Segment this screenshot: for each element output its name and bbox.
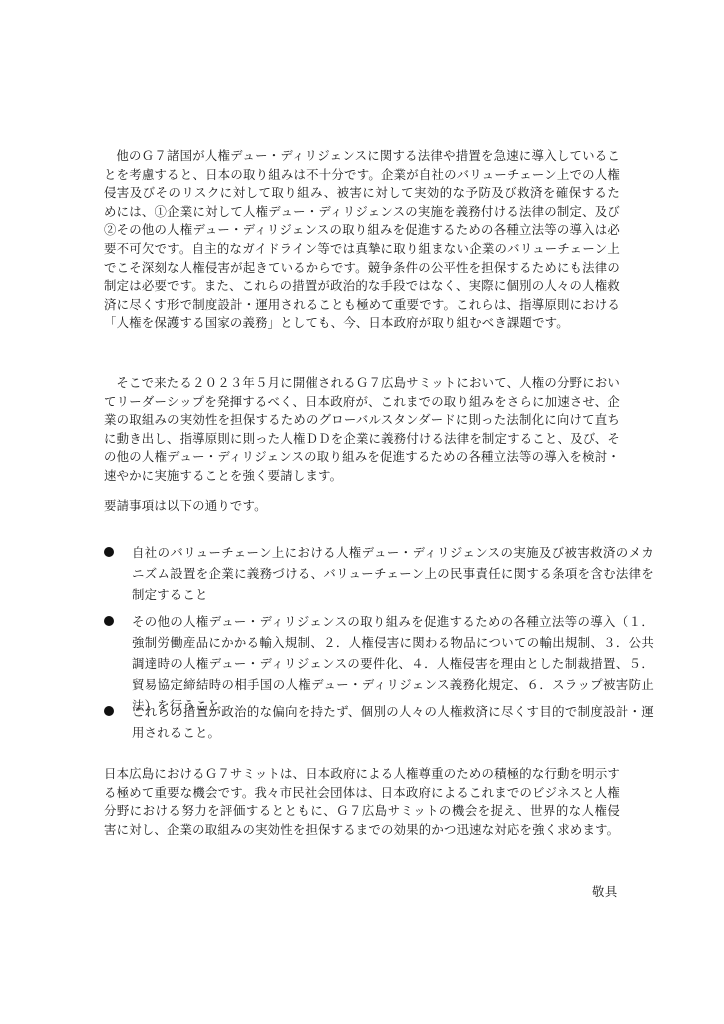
paragraph-hiroshima-summit-request: そこで来たる２０２３年５月に開催されるＧ７広島サミットにおいて、人権の分野におい… [104, 374, 620, 486]
paragraph-requests-intro: 要請事項は以下の通りです。 [104, 497, 620, 516]
request-item-text: 自社のバリューチェーン上における人権デュー・ディリジェンスの実施及び被害救済のメ… [132, 545, 654, 602]
request-item-text: これらの措置が政治的な偏向を持たず、個別の人々の人権救済に尽くす目的で制度設計・… [132, 704, 654, 740]
paragraph-closing: 日本広島におけるＧ７サミットは、日本政府による人権尊重のための積極的な行動を明示… [104, 765, 620, 839]
bullet-icon [104, 616, 114, 626]
request-item-text: その他の人権デュー・ディリジェンスの取り組みを促進するための各種立法等の導入（１… [132, 614, 654, 713]
bullet-icon [104, 706, 114, 716]
request-item: これらの措置が政治的な偏向を持たず、個別の人々の人権救済に尽くす目的で制度設計・… [100, 701, 654, 743]
paragraph-g7-comparison: 他のＧ７諸国が人権デュー・ディリジェンスに関する法律や措置を急速に導入しているこ… [104, 147, 620, 333]
request-item: 自社のバリューチェーン上における人権デュー・ディリジェンスの実施及び被害救済のメ… [100, 542, 654, 605]
bullet-icon [104, 547, 114, 557]
document-page: 他のＧ７諸国が人権デュー・ディリジェンスに関する法律や措置を急速に導入しているこ… [0, 0, 724, 1024]
sign-off: 敬具 [592, 882, 618, 900]
